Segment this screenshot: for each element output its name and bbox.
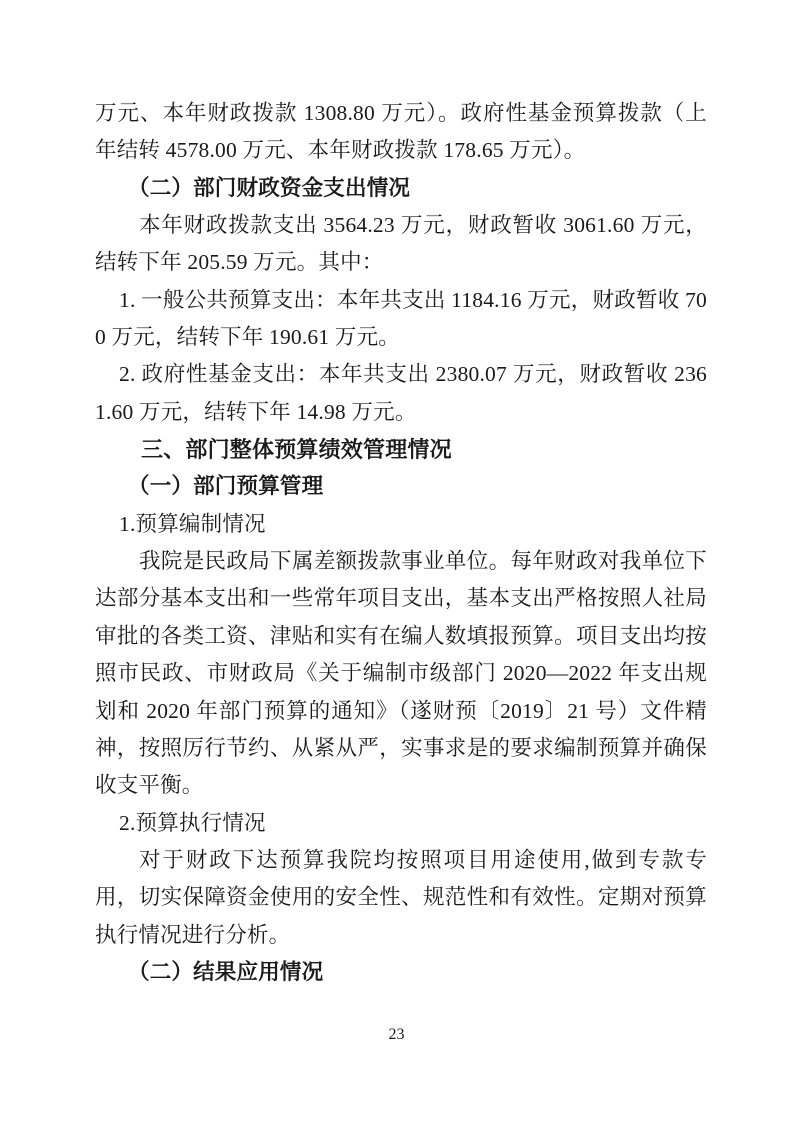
paragraph-continuation: 万元、本年财政拨款 1308.80 万元）。政府性基金预算拨款（上年结转 457… <box>95 95 707 170</box>
subsection-heading-budget-management: （一）部门预算管理 <box>95 468 707 505</box>
list-item-government-fund: 2. 政府性基金支出：本年共支出 2380.07 万元，财政暂收 2361.60… <box>95 356 707 431</box>
paragraph-budget-execution: 对于财政下达预算我院均按照项目用途使用,做到专款专用，切实保障资金使用的安全性、… <box>95 842 707 954</box>
subsection-heading-dept-expenditure: （二）部门财政资金支出情况 <box>95 170 707 207</box>
section-heading-performance-management: 三、部门整体预算绩效管理情况 <box>95 431 707 468</box>
paragraph-expenditure-summary: 本年财政拨款支出 3564.23 万元，财政暂收 3061.60 万元，结转下年… <box>95 207 707 282</box>
subsection-heading-result-application: （二）结果应用情况 <box>95 954 707 991</box>
numbered-heading-budget-preparation: 1.预算编制情况 <box>95 506 707 543</box>
text-block: 万元、本年财政拨款 1308.80 万元）。政府性基金预算拨款（上年结转 457… <box>95 95 707 991</box>
numbered-heading-budget-execution: 2.预算执行情况 <box>95 805 707 842</box>
paragraph-budget-preparation: 我院是民政局下属差额拨款事业单位。每年财政对我单位下达部分基本支出和一些常年项目… <box>95 543 707 804</box>
page-number: 23 <box>0 1024 793 1046</box>
document-page: 万元、本年财政拨款 1308.80 万元）。政府性基金预算拨款（上年结转 457… <box>0 0 793 1122</box>
list-item-general-public-budget: 1. 一般公共预算支出：本年共支出 1184.16 万元，财政暂收 700 万元… <box>95 282 707 357</box>
